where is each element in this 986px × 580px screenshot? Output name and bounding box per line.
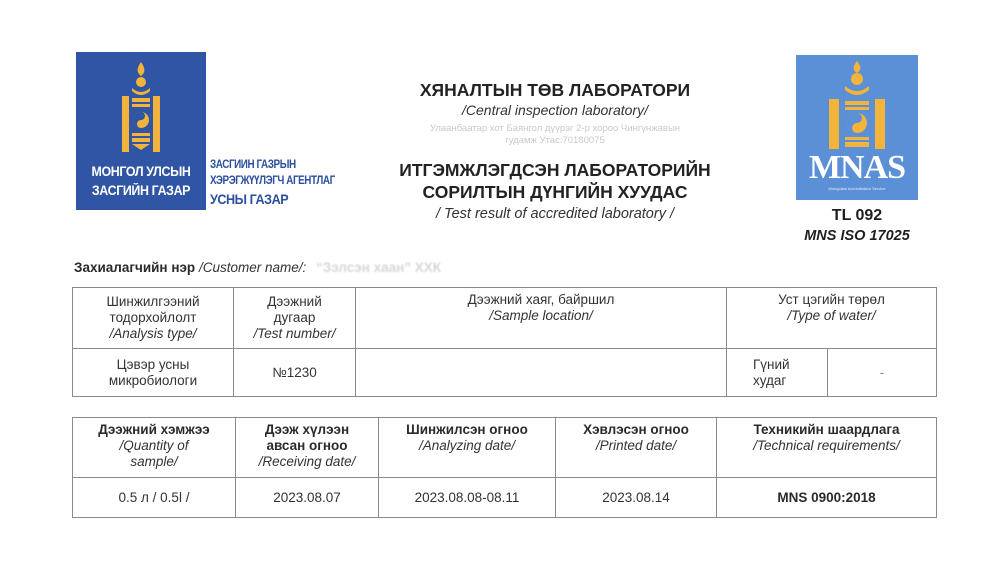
table-header-row: Дээжний хэмжээ /Quantity of sample/ Дээж… xyxy=(73,418,937,478)
doc-title-en: / Test result of accredited laboratory / xyxy=(360,206,750,222)
accreditation-standard: MNS ISO 17025 xyxy=(780,228,934,244)
cell-test-number: №1230 xyxy=(234,349,356,397)
cell-water-type: Гүний худаг xyxy=(727,349,828,397)
soyombo-emblem-icon xyxy=(120,60,162,160)
header-analysis-type: Шинжилгээний тодорхойлолт /Analysis type… xyxy=(73,288,234,349)
agency-line3: УСНЫ ГАЗАР xyxy=(210,191,288,207)
mnas-logo: MNAS Mongolian Accreditation Service xyxy=(796,55,918,200)
header-water-type: Уст цэгийн төрөл /Type of water/ xyxy=(727,288,937,349)
cell-printed-date: 2023.08.14 xyxy=(556,478,717,518)
government-logo: МОНГОЛ УЛСЫН ЗАСГИЙН ГАЗАР xyxy=(76,52,206,210)
accreditation-certificate: TL 092 xyxy=(780,207,934,225)
cell-analysis-type: Цэвэр усны микробиологи xyxy=(73,349,234,397)
dates-info-table: Дээжний хэмжээ /Quantity of sample/ Дээж… xyxy=(72,417,937,518)
agency-line2: ХЭРЭГЖҮҮЛЭГЧ АГЕНТЛАГ xyxy=(210,175,356,187)
table-row: Цэвэр усны микробиологи №1230 Гүний худа… xyxy=(73,349,937,397)
sample-info-table: Шинжилгээний тодорхойлолт /Analysis type… xyxy=(72,287,937,397)
cell-analyzing-date: 2023.08.08-08.11 xyxy=(379,478,556,518)
header-receiving-date: Дээж хүлээн авсан огноо /Receiving date/ xyxy=(236,418,379,478)
table-header-row: Шинжилгээний тодорхойлолт /Analysis type… xyxy=(73,288,937,349)
customer-line: Захиалагчийн нэр /Customer name/: “Зэлсэ… xyxy=(74,260,441,275)
header-printed-date: Хэвлэсэн огноо /Printed date/ xyxy=(556,418,717,478)
gov-name-line1: МОНГОЛ УЛСЫН xyxy=(81,164,201,179)
header-test-number: Дээжний дугаар /Test number/ xyxy=(234,288,356,349)
cell-technical-requirement: MNS 0900:2018 xyxy=(717,478,937,518)
customer-label: Захиалагчийн нэр xyxy=(74,260,195,275)
header-sample-location: Дээжний хаяг, байршил /Sample location/ xyxy=(356,288,727,349)
customer-label-en: /Customer name/: xyxy=(199,260,306,275)
header-quantity: Дээжний хэмжээ /Quantity of sample/ xyxy=(73,418,236,478)
cell-water-subtype: - xyxy=(828,349,937,397)
lab-address-line2: гудамж Утас:70180075 xyxy=(360,135,750,147)
agency-line1: ЗАСГИЙН ГАЗРЫН xyxy=(210,159,356,171)
lab-address-line1: Улаанбаатар хот Баянгол дүүрэг 2-р хороо… xyxy=(360,123,750,135)
lab-title: ХЯНАЛТЫН ТӨВ ЛАБОРАТОРИ xyxy=(360,80,750,101)
header-analyzing-date: Шинжилсэн огноо /Analyzing date/ xyxy=(379,418,556,478)
customer-name-value: “Зэлсэн хаан” ХХК xyxy=(316,260,441,275)
gov-name-line2: ЗАСГИЙН ГАЗАР xyxy=(81,183,201,198)
mnas-logo-text: MNAS xyxy=(796,151,918,185)
table-row: 0.5 л / 0.5l / 2023.08.07 2023.08.08-08.… xyxy=(73,478,937,518)
lab-title-en: /Central inspection laboratory/ xyxy=(360,102,750,118)
cell-quantity: 0.5 л / 0.5l / xyxy=(73,478,236,518)
cell-sample-location xyxy=(356,349,727,397)
doc-title-line1: ИТГЭМЖЛЭГДСЭН ЛАБОРАТОРИЙН xyxy=(360,160,750,181)
cell-receiving-date: 2023.08.07 xyxy=(236,478,379,518)
soyombo-emblem-icon xyxy=(827,59,887,151)
doc-title-line2: СОРИЛТЫН ДҮНГИЙН ХУУДАС xyxy=(360,182,750,203)
mnas-logo-subtext: Mongolian Accreditation Service xyxy=(796,186,918,191)
header-technical-requirements: Техникийн шаардлага /Technical requireme… xyxy=(717,418,937,478)
